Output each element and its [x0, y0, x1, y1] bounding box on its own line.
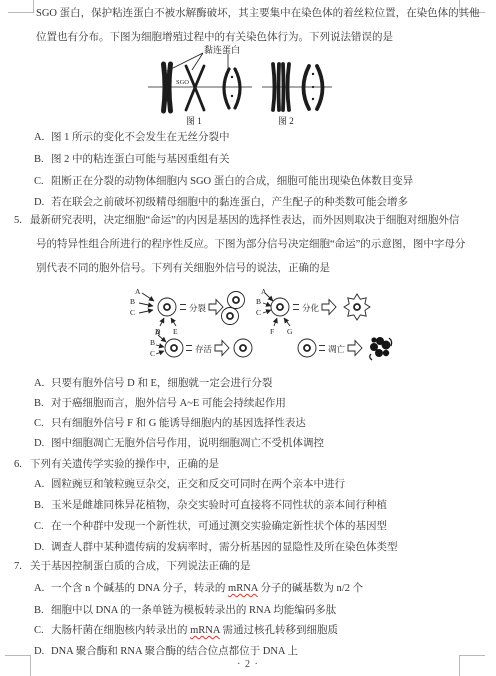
option-letter: B. [34, 604, 51, 617]
q5-stem-line2: 号的特异性组合所进行的程序性反应。下图为部分信号决定细胞“命运”的示意图，图中字… [36, 238, 465, 251]
option-text-pre: 一个含 n 个碱基的 DNA 分子，转录的 [51, 583, 228, 594]
stem-text: 最新研究表明，决定细胞“命运”的内因是基因的选择性表达，而外因则取决于细胞对细胞… [30, 214, 459, 227]
hollow-arrow [348, 341, 362, 356]
q6-stem: 6.下列有关遗传学实验的操作中，正确的是 [14, 458, 219, 471]
option-letter: A. [34, 131, 51, 144]
cell [165, 339, 183, 357]
signal-c-label: C [130, 308, 135, 317]
option-text: 调查人群中某种遗传病的发病率时，需分析基因的显隐性及所在染色体类型 [51, 541, 398, 554]
option-letter: C. [34, 520, 51, 533]
process-differentiate-label: 分化 [302, 303, 320, 313]
option-letter: D. [34, 196, 51, 209]
signal-a-label: A [155, 328, 161, 337]
option-letter: C. [34, 624, 51, 637]
divide-group: A B C D E 分裂 [130, 287, 245, 336]
q5-option-a: A.只要有胞外信号 D 和 E，细胞就一定会进行分裂 [34, 377, 272, 390]
leader-lines [167, 53, 228, 71]
signal-e-label: E [173, 327, 178, 336]
q6-option-c: C.在一个种群中发现一个新性状，可通过测交实验确定新性状个体的基因型 [34, 520, 387, 533]
option-text: 只要有胞外信号 D 和 E，细胞就一定会进行分裂 [51, 377, 272, 390]
option-text: 对于癌细胞而言，胞外信号 A~E 可能会持续起作用 [51, 397, 286, 410]
chromosome-figure: 黏连蛋白 SGO [140, 40, 370, 130]
option-letter: A. [34, 478, 51, 491]
option-text-pre: 大肠杆菌在细胞核内转录出的 [51, 625, 190, 636]
surviving-cell [234, 339, 252, 357]
process-apoptosis-label: 凋亡 [328, 344, 346, 354]
apoptosis-group: 凋亡 [298, 337, 392, 360]
q5-option-c: C.只有细胞外信号 F 和 G 能诱导细胞内的基因选择性表达 [34, 417, 306, 430]
option-letter: A. [34, 377, 51, 390]
q5-option-d: D.图中细胞凋亡无胞外信号作用，说明细胞凋亡不受机体调控 [34, 437, 324, 450]
option-letter: B. [34, 153, 51, 166]
cohesin-protein-label: 黏连蛋白 [204, 44, 240, 55]
q4-option-c: C.阻断正在分裂的动物体细胞内 SGO 蛋白的合成，细胞可能出现染色体数目变异 [34, 175, 413, 188]
cell-signal-figure: A B C D E 分裂 [95, 282, 405, 374]
hollow-arrow [209, 300, 223, 315]
hollow-arrow [215, 341, 229, 356]
q4-option-d: D.若在联会之前破坏初级精母细胞中的黏连蛋白，产生配子的种类数可能会增多 [34, 196, 408, 209]
option-text: 大肠杆菌在细胞核内转录出的 mRNA 需通过核孔转移到细胞质 [51, 624, 338, 637]
apoptotic-cell [370, 337, 392, 360]
stem-text: 关于基因控制蛋白质的合成，下列说法正确的是 [30, 560, 251, 573]
q7-option-a: A.一个含 n 个碱基的 DNA 分子，转录的 mRNA 分子的碱基数为 n/2… [34, 582, 363, 595]
differentiate-group: A B C F G 分化 [256, 287, 370, 336]
option-letter: D. [34, 437, 51, 450]
page-number: · 2 · [0, 659, 496, 670]
signal-a-label: A [135, 287, 141, 296]
option-text: 圆粒豌豆和皱粒豌豆杂交，正交和反交可同时在两个亲本中进行 [51, 478, 345, 491]
option-text: 图 1 所示的变化不会发生在无丝分裂中 [51, 131, 230, 144]
signal-f-label: F [270, 327, 274, 336]
q6-option-a: A.圆粒豌豆和皱粒豌豆杂交，正交和反交可同时在两个亲本中进行 [34, 478, 345, 491]
divided-cells [222, 292, 245, 325]
q5-stem-line1: 5.最新研究表明，决定细胞“命运”的内因是基因的选择性表达，而外因则取决于细胞对… [14, 214, 459, 227]
q4-option-b: B.图 2 中的粘连蛋白可能与基因重组有关 [34, 153, 230, 166]
q4-stem-line1: SGO 蛋白，保护粘连蛋白不被水解酶破坏，其主要集中在染色体的着丝粒位置，在染色… [36, 7, 480, 20]
option-text: 若在联会之前破坏初级精母细胞中的黏连蛋白，产生配子的种类数可能会增多 [51, 196, 408, 209]
option-letter: D. [34, 541, 51, 554]
hollow-arrow [322, 300, 336, 315]
question-number: 7. [14, 560, 30, 573]
q5-stem-line3: 别代表不同的胞外信号。下列有关细胞外信号的说法，正确的是 [36, 262, 330, 275]
option-letter: B. [34, 397, 51, 410]
q7-option-c: C.大肠杆菌在细胞核内转录出的 mRNA 需通过核孔转移到细胞质 [34, 624, 338, 637]
spellcheck-underlined-word: mRNA [190, 625, 220, 636]
spellcheck-underlined-word: mRNA [228, 583, 258, 594]
question-number: 6. [14, 458, 30, 471]
option-text: 细胞中以 DNA 的一条单链为模板转录出的 RNA 均能编码多肽 [51, 604, 336, 617]
option-text: DNA 聚合酶和 RNA 聚合酶的结合位点都位于 DNA 上 [51, 645, 298, 658]
signal-b-label: B [130, 297, 135, 306]
figure1-caption: 图 1 [186, 116, 202, 126]
stem-text: 下列有关遗传学实验的操作中，正确的是 [30, 458, 219, 471]
question-number: 5. [14, 214, 30, 227]
process-divide-label: 分裂 [189, 303, 207, 313]
option-text: 在一个种群中发现一个新性状，可通过测交实验确定新性状个体的基因型 [51, 520, 387, 533]
option-text: 一个含 n 个碱基的 DNA 分子，转录的 mRNA 分子的碱基数为 n/2 个 [51, 582, 363, 595]
option-text: 玉米是雌雄同株异花植物，杂交实验时可直接将不同性状的亲本间行种植 [51, 499, 387, 512]
signal-g-label: G [287, 327, 293, 336]
signal-b-label: B [150, 338, 155, 347]
differentiated-cell [344, 294, 370, 320]
option-text: 图 2 中的粘连蛋白可能与基因重组有关 [51, 153, 230, 166]
cell [298, 339, 316, 357]
option-text-post: 需通过核孔转移到细胞质 [220, 625, 338, 636]
cell [158, 298, 176, 316]
sgo-label: SGO [176, 79, 189, 86]
option-letter: C. [34, 417, 51, 430]
chromosome-x-sgo [186, 66, 204, 110]
q7-stem: 7.关于基因控制蛋白质的合成，下列说法正确的是 [14, 560, 251, 573]
figure2-caption: 图 2 [278, 116, 294, 126]
option-letter: B. [34, 499, 51, 512]
signal-c-label: C [150, 349, 155, 358]
option-letter: A. [34, 582, 51, 595]
option-text-post: 分子的碱基数为 n/2 个 [258, 583, 363, 594]
option-text: 图中细胞凋亡无胞外信号作用，说明细胞凋亡不受机体调控 [51, 437, 324, 450]
q5-option-b: B.对于癌细胞而言，胞外信号 A~E 可能会持续起作用 [34, 397, 286, 410]
signal-c-label: C [256, 308, 261, 317]
process-survive-label: 存活 [195, 344, 213, 354]
q7-option-d: D.DNA 聚合酶和 RNA 聚合酶的结合位点都位于 DNA 上 [34, 645, 298, 658]
option-letter: C. [34, 175, 51, 188]
exam-page: SGO 蛋白，保护粘连蛋白不被水解酶破坏，其主要集中在染色体的着丝粒位置，在染色… [0, 0, 496, 676]
option-text: 阻断正在分裂的动物体细胞内 SGO 蛋白的合成，细胞可能出现染色体数目变异 [51, 175, 413, 188]
cell [271, 298, 289, 316]
survive-group: A B C 存活 [150, 328, 252, 358]
q6-option-b: B.玉米是雌雄同株异花植物，杂交实验时可直接将不同性状的亲本间行种植 [34, 499, 387, 512]
option-text: 只有细胞外信号 F 和 G 能诱导细胞内的基因选择性表达 [51, 417, 306, 430]
q7-option-b: B.细胞中以 DNA 的一条单链为模板转录出的 RNA 均能编码多肽 [34, 604, 336, 617]
chromatid-arcs-fig1 [224, 69, 240, 108]
crop-mark-top-left [8, 0, 34, 13]
signal-b-label: B [256, 297, 261, 306]
chromatid-arcs-fig2 [304, 66, 323, 109]
q4-option-a: A.图 1 所示的变化不会发生在无丝分裂中 [34, 131, 230, 144]
option-letter: D. [34, 645, 51, 658]
q6-option-d: D.调查人群中某种遗传病的发病率时，需分析基因的显隐性及所在染色体类型 [34, 541, 398, 554]
chromosome-dark-pair [164, 64, 171, 111]
